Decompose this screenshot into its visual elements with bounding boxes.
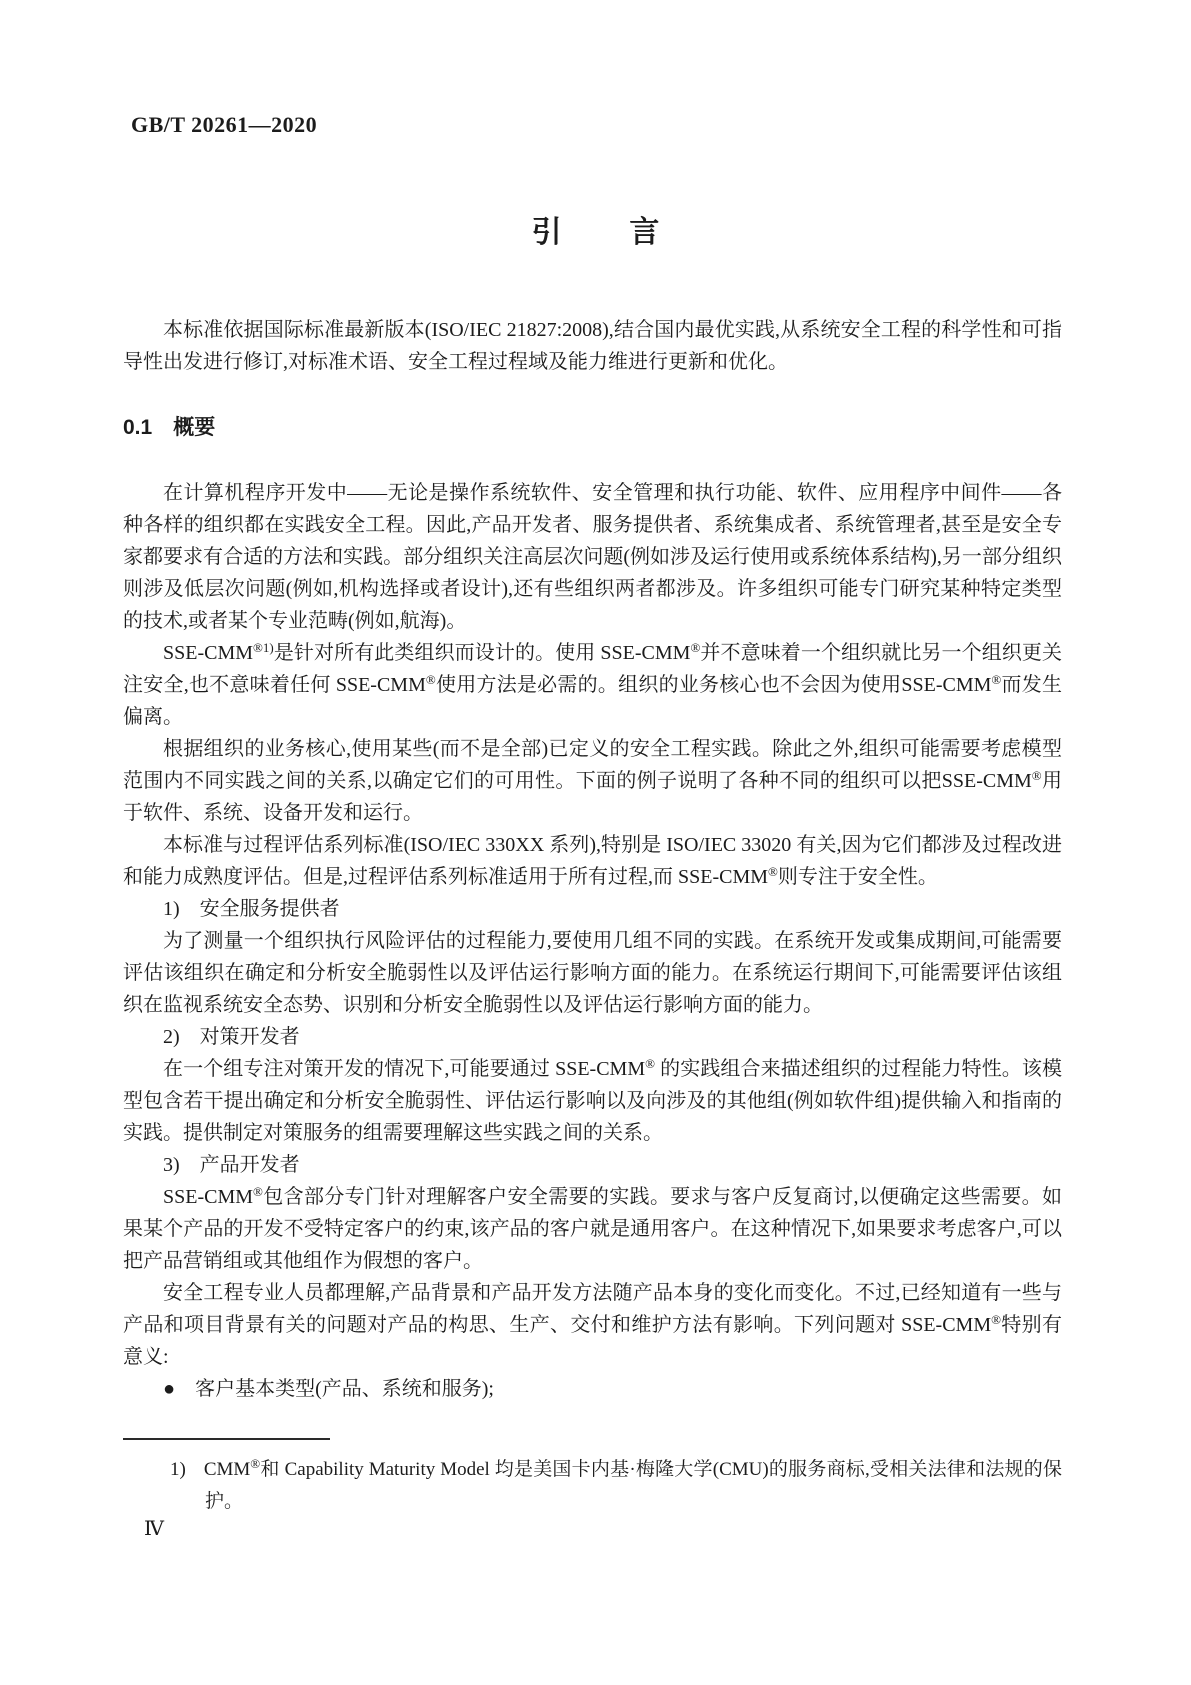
footnote: 1)CMM®和 Capability Maturity Model 均是美国卡内… — [123, 1454, 1062, 1518]
superscript-ref: ®1) — [253, 640, 274, 655]
text-run: CMM — [204, 1459, 250, 1480]
paragraph: 在计算机程序开发中——无论是操作系统软件、安全管理和执行功能、软件、应用程序中间… — [123, 477, 1062, 637]
paragraph: 本标准依据国际标准最新版本(ISO/IEC 21827:2008),结合国内最优… — [123, 314, 1062, 378]
superscript-ref: ® — [426, 672, 436, 687]
document-page: GB/T 20261—2020 引 言 本标准依据国际标准最新版本(ISO/IE… — [0, 0, 1191, 1685]
text-run: 本标准依据国际标准最新版本(ISO/IEC 21827:2008),结合国内最优… — [123, 319, 1062, 373]
paragraph: 本标准与过程评估系列标准(ISO/IEC 330XX 系列),特别是 ISO/I… — [123, 829, 1062, 893]
superscript-ref: ® — [645, 1056, 655, 1071]
bullet-item: ● 客户基本类型(产品、系统和服务); — [123, 1373, 1062, 1405]
text-run: 在计算机程序开发中——无论是操作系统软件、安全管理和执行功能、软件、应用程序中间… — [123, 482, 1062, 632]
superscript-ref: ® — [991, 1312, 1001, 1327]
footnote-divider — [123, 1438, 330, 1440]
text-run: 是针对所有此类组织而设计的。使用 SSE-CMM — [274, 642, 691, 664]
superscript-ref: ® — [768, 864, 778, 879]
footnote-number: 1) — [170, 1459, 186, 1480]
section-heading: 0.1 概要 — [123, 415, 1062, 441]
paragraph: 在一个组专注对策开发的情况下,可能要通过 SSE-CMM® 的实践组合来描述组织… — [123, 1053, 1062, 1149]
numbered-list-header: 3) 产品开发者 — [123, 1149, 1062, 1181]
text-run: 在一个组专注对策开发的情况下,可能要通过 SSE-CMM — [163, 1058, 645, 1080]
text-run: 则专注于安全性。 — [778, 866, 938, 888]
text-run: 使用方法是必需的。组织的业务核心也不会因为使用SSE-CMM — [436, 674, 992, 696]
paragraph: 根据组织的业务核心,使用某些(而不是全部)已定义的安全工程实践。除此之外,组织可… — [123, 733, 1062, 829]
text-run: 根据组织的业务核心,使用某些(而不是全部)已定义的安全工程实践。除此之外,组织可… — [123, 738, 1062, 792]
numbered-list-header: 1) 安全服务提供者 — [123, 893, 1062, 925]
page-number: Ⅳ — [144, 1516, 164, 1541]
page-title: 引 言 — [0, 213, 1191, 253]
text-run: 包含部分专门针对理解客户安全需要的实践。要求与客户反复商讨,以便确定这些需要。如… — [123, 1186, 1062, 1272]
doc-code: GB/T 20261—2020 — [131, 112, 317, 138]
superscript-ref: ® — [1032, 768, 1042, 783]
superscript-ref: ® — [250, 1456, 260, 1471]
superscript-ref: ® — [991, 672, 1001, 687]
text-run: 为了测量一个组织执行风险评估的过程能力,要使用几组不同的实践。在系统开发或集成期… — [123, 930, 1062, 1016]
text-run: 和 Capability Maturity Model 均是美国卡内基·梅隆大学… — [205, 1459, 1062, 1512]
text-run: SSE-CMM — [163, 642, 253, 664]
paragraph: SSE-CMM®1)是针对所有此类组织而设计的。使用 SSE-CMM®并不意味着… — [123, 637, 1062, 733]
paragraph: 为了测量一个组织执行风险评估的过程能力,要使用几组不同的实践。在系统开发或集成期… — [123, 925, 1062, 1021]
superscript-ref: ® — [690, 640, 700, 655]
text-run: 安全工程专业人员都理解,产品背景和产品开发方法随产品本身的变化而变化。不过,已经… — [123, 1282, 1062, 1336]
text-run: SSE-CMM — [163, 1186, 253, 1208]
document-body: 本标准依据国际标准最新版本(ISO/IEC 21827:2008),结合国内最优… — [123, 314, 1062, 1405]
paragraph: SSE-CMM®包含部分专门针对理解客户安全需要的实践。要求与客户反复商讨,以便… — [123, 1181, 1062, 1277]
paragraph: 安全工程专业人员都理解,产品背景和产品开发方法随产品本身的变化而变化。不过,已经… — [123, 1277, 1062, 1373]
superscript-ref: ® — [253, 1184, 263, 1199]
numbered-list-header: 2) 对策开发者 — [123, 1021, 1062, 1053]
